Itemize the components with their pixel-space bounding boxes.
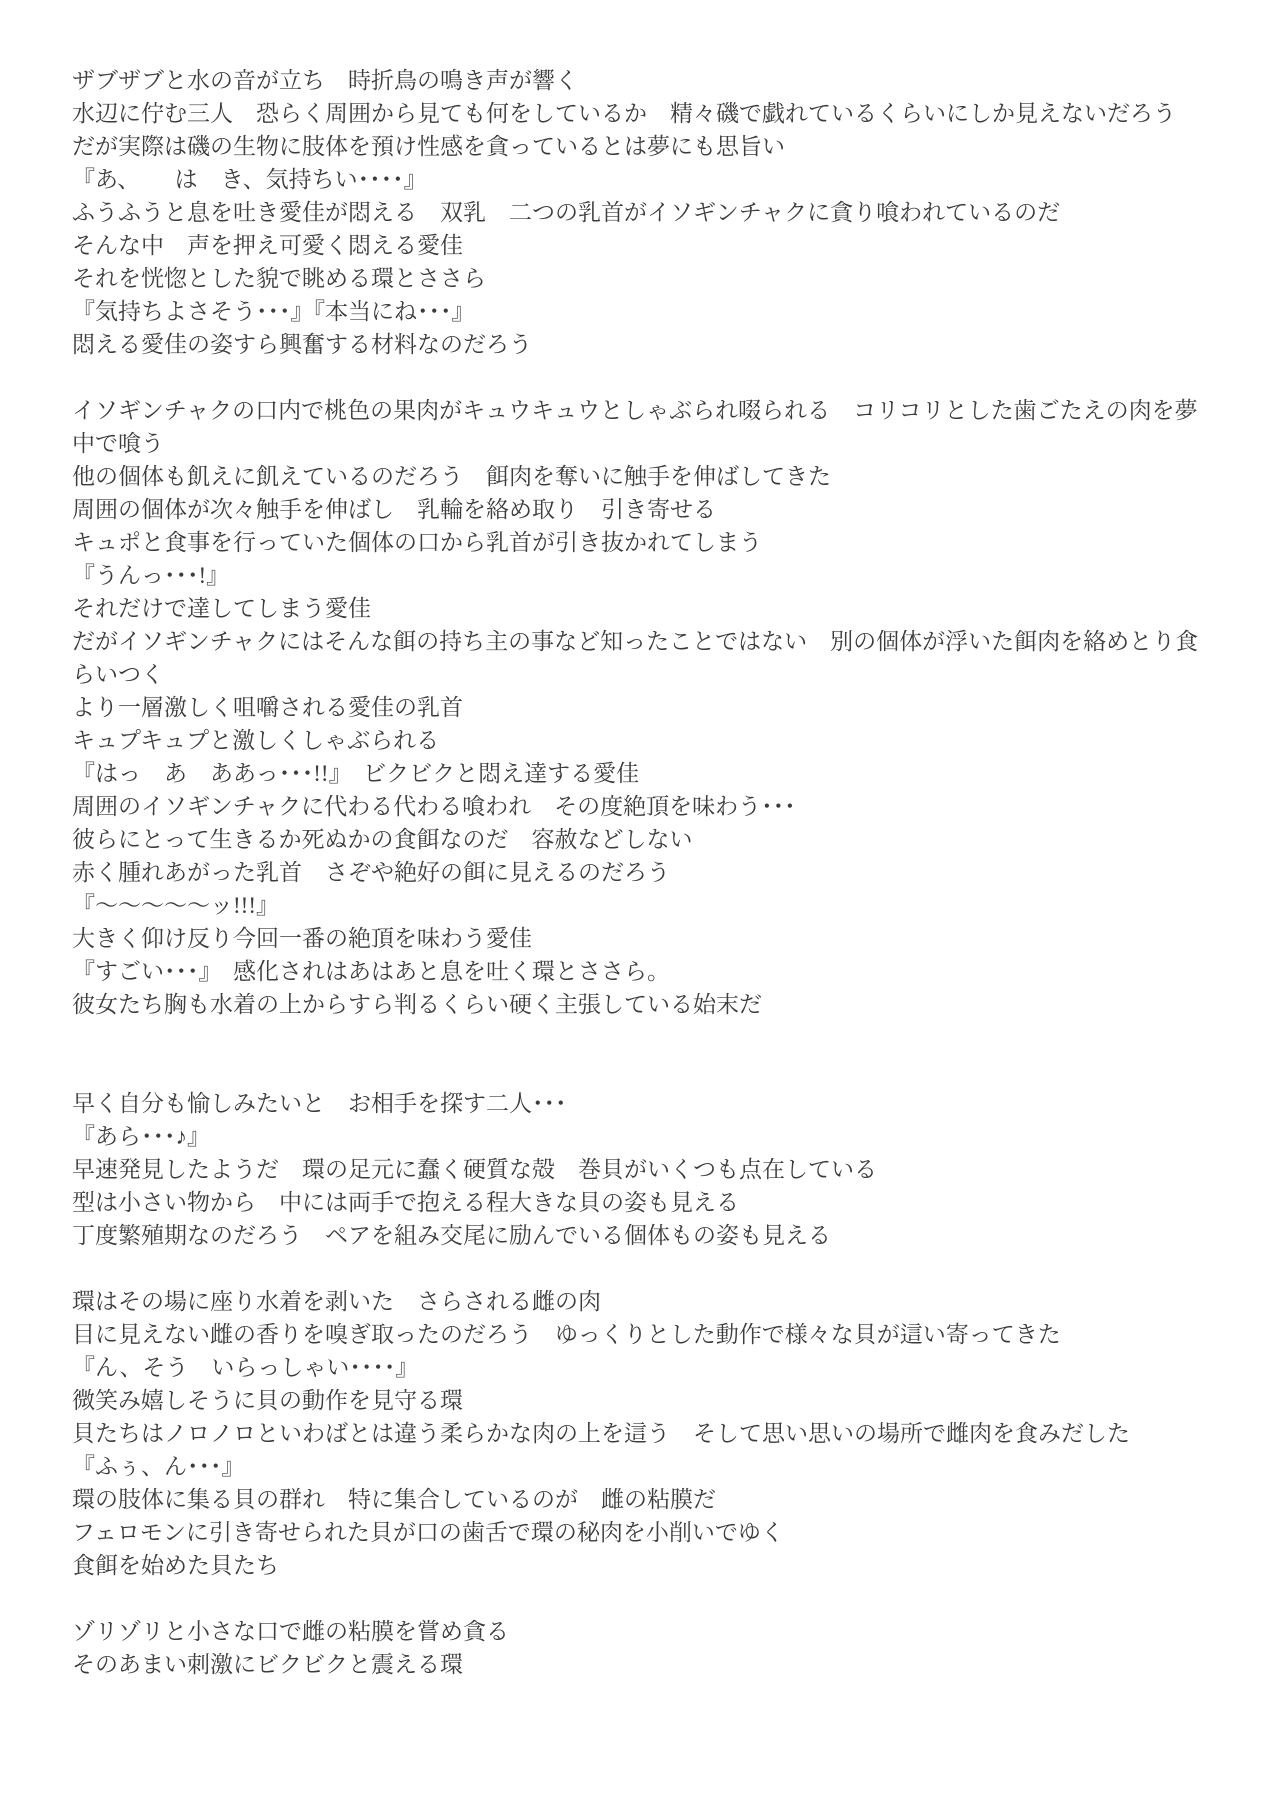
text-line: 丁度繁殖期なのだろう ペアを組み交尾に励んでいる個体もの姿も見える bbox=[72, 1219, 1212, 1252]
document-page: ザブザブと水の音が立ち 時折鳥の鳴き声が響く水辺に佇む三人 恐らく周囲から見ても… bbox=[0, 0, 1280, 1811]
text-line: だが実際は磯の生物に肢体を預け性感を貪っているとは夢にも思旨い bbox=[72, 130, 1212, 163]
text-line: ゾリゾリと小さな口で雌の粘膜を嘗め貪る bbox=[72, 1615, 1212, 1648]
text-line: 悶える愛佳の姿すら興奮する材料なのだろう bbox=[72, 328, 1212, 361]
text-line: 早く自分も愉しみたいと お相手を探す二人･･･ bbox=[72, 1087, 1212, 1120]
text-line: キュプキュプと激しくしゃぶられる bbox=[72, 724, 1212, 757]
text-line: 赤く腫れあがった乳首 さぞや絶好の餌に見えるのだろう bbox=[72, 856, 1212, 889]
text-line: 彼らにとって生きるか死ぬかの食餌なのだ 容赦などしない bbox=[72, 823, 1212, 856]
text-line: 『あら･･･♪』 bbox=[72, 1120, 1212, 1153]
text-line: だがイソギンチャクにはそんな餌の持ち主の事など知ったことではない 別の個体が浮い… bbox=[72, 625, 1212, 691]
text-line: 環の肢体に集る貝の群れ 特に集合しているのが 雌の粘膜だ bbox=[72, 1483, 1212, 1516]
text-line: そのあまい刺激にビクビクと震える環 bbox=[72, 1648, 1212, 1681]
text-line: 周囲の個体が次々触手を伸ばし 乳輪を絡め取り 引き寄せる bbox=[72, 493, 1212, 526]
text-line: 『ん、そう いらっしゃい････』 bbox=[72, 1351, 1212, 1384]
text-line: 目に見えない雌の香りを嗅ぎ取ったのだろう ゆっくりとした動作で様々な貝が這い寄っ… bbox=[72, 1318, 1212, 1351]
text-line: より一層激しく咀嚼される愛佳の乳首 bbox=[72, 691, 1212, 724]
text-line: ザブザブと水の音が立ち 時折鳥の鳴き声が響く bbox=[72, 64, 1212, 97]
text-line: 水辺に佇む三人 恐らく周囲から見ても何をしているか 精々磯で戯れているくらいにし… bbox=[72, 97, 1212, 130]
text-line: 環はその場に座り水着を剥いた さらされる雌の肉 bbox=[72, 1285, 1212, 1318]
paragraph: ゾリゾリと小さな口で雌の粘膜を嘗め貪るそのあまい刺激にビクビクと震える環 bbox=[72, 1615, 1212, 1681]
paragraph: イソギンチャクの口内で桃色の果肉がキュウキュウとしゃぶられ啜られる コリコリとし… bbox=[72, 394, 1212, 1021]
paragraph: 早く自分も愉しみたいと お相手を探す二人･･･『あら･･･♪』早速発見したようだ… bbox=[72, 1087, 1212, 1252]
text-line: 型は小さい物から 中には両手で抱える程大きな貝の姿も見える bbox=[72, 1186, 1212, 1219]
text-line: 『すごい･･･』 感化されはあはあと息を吐く環とささら。 bbox=[72, 955, 1212, 988]
text-line: 『ふぅ、ん･･･』 bbox=[72, 1450, 1212, 1483]
text-line: 『うんっ･･･!』 bbox=[72, 559, 1212, 592]
text-line: 微笑み嬉しそうに貝の動作を見守る環 bbox=[72, 1384, 1212, 1417]
paragraph: 環はその場に座り水着を剥いた さらされる雌の肉目に見えない雌の香りを嗅ぎ取ったの… bbox=[72, 1285, 1212, 1582]
text-line: 彼女たち胸も水着の上からすら判るくらい硬く主張している始末だ bbox=[72, 988, 1212, 1021]
text-line: ふうふうと息を吐き愛佳が悶える 双乳 二つの乳首がイソギンチャクに貪り喰われてい… bbox=[72, 196, 1212, 229]
text-line: 『あ、 は き、気持ちい････』 bbox=[72, 163, 1212, 196]
text-line: 大きく仰け反り今回一番の絶頂を味わう愛佳 bbox=[72, 922, 1212, 955]
text-line: 早速発見したようだ 環の足元に蠢く硬質な殻 巻貝がいくつも点在している bbox=[72, 1153, 1212, 1186]
text-line: それだけで達してしまう愛佳 bbox=[72, 592, 1212, 625]
paragraph: ザブザブと水の音が立ち 時折鳥の鳴き声が響く水辺に佇む三人 恐らく周囲から見ても… bbox=[72, 64, 1212, 361]
text-line: 貝たちはノロノロといわばとは違う柔らかな肉の上を這う そして思い思いの場所で雌肉… bbox=[72, 1417, 1212, 1450]
text-line: それを恍惚とした貌で眺める環とささら bbox=[72, 262, 1212, 295]
text-line: 食餌を始めた貝たち bbox=[72, 1549, 1212, 1582]
text-line: そんな中 声を押え可愛く悶える愛佳 bbox=[72, 229, 1212, 262]
text-line: キュポと食事を行っていた個体の口から乳首が引き抜かれてしまう bbox=[72, 526, 1212, 559]
text-line: 『はっ あ ああっ･･･!!』 ビクビクと悶え達する愛佳 bbox=[72, 757, 1212, 790]
document-body: ザブザブと水の音が立ち 時折鳥の鳴き声が響く水辺に佇む三人 恐らく周囲から見ても… bbox=[72, 64, 1212, 1681]
text-line: 他の個体も飢えに飢えているのだろう 餌肉を奪いに触手を伸ばしてきた bbox=[72, 460, 1212, 493]
text-line: イソギンチャクの口内で桃色の果肉がキュウキュウとしゃぶられ啜られる コリコリとし… bbox=[72, 394, 1212, 460]
text-line: 『気持ちよさそう･･･』『本当にね･･･』 bbox=[72, 295, 1212, 328]
text-line: 『～～～～～ッ!!!』 bbox=[72, 889, 1212, 922]
text-line: 周囲のイソギンチャクに代わる代わる喰われ その度絶頂を味わう･･･ bbox=[72, 790, 1212, 823]
text-line: フェロモンに引き寄せられた貝が口の歯舌で環の秘肉を小削いでゆく bbox=[72, 1516, 1212, 1549]
